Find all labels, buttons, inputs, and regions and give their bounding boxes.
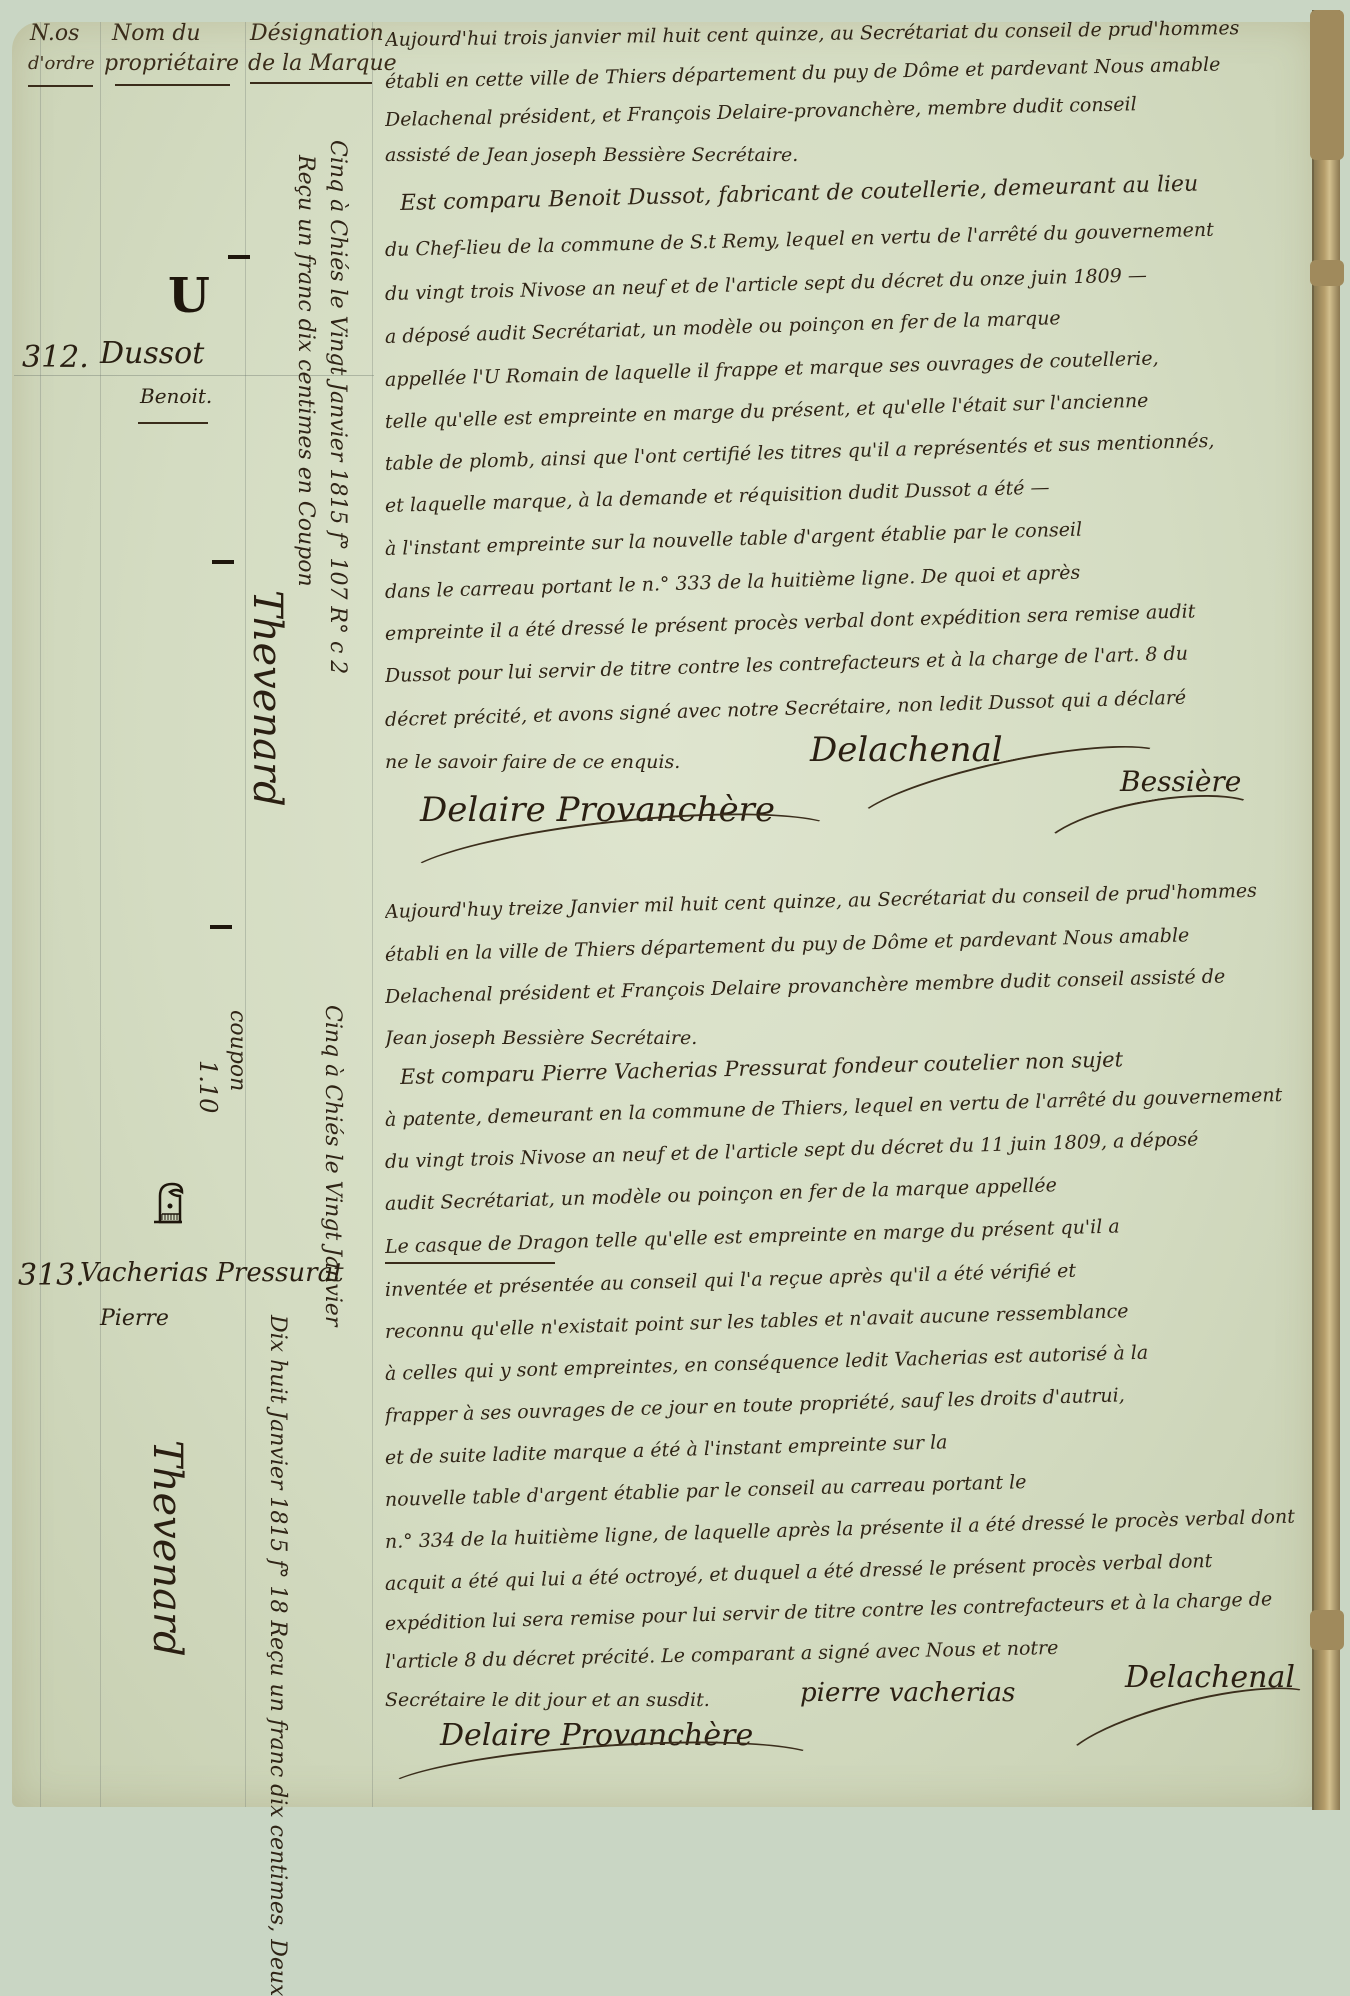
margin-dash — [228, 255, 250, 259]
column-rule — [100, 22, 101, 1807]
owner-first-name: Pierre — [100, 1306, 169, 1331]
owner-surname: Vacherias Pressurat — [80, 1258, 344, 1288]
margin-signature: Thevenard — [144, 1440, 190, 1657]
header-owner-line1: Nom du — [112, 20, 201, 48]
margin-dash — [212, 560, 234, 564]
text-line: Secrétaire le dit jour et an susdit. — [385, 1688, 805, 1712]
margin-note-payment: Dix huit Janvier 1815 f° 18 Reçu un fran… — [265, 1315, 290, 1818]
entry-divider — [14, 375, 374, 376]
owner-first-name: Benoit. — [140, 384, 212, 408]
margin-fee: 1.10 — [194, 1060, 222, 1113]
header-owner-line2: propriétaire — [104, 50, 239, 78]
margin-note-coupon: coupon — [225, 1010, 250, 1091]
margin-dash — [210, 925, 232, 929]
text-line: assisté de Jean joseph Bessière Secrétai… — [385, 143, 1305, 167]
header-number-line1: N.os — [30, 20, 79, 48]
column-rule — [245, 22, 246, 1807]
header-mark-line1: Désignation — [250, 20, 384, 48]
signature-depositor: pierre vacherias — [800, 1678, 1015, 1708]
header-underline — [250, 82, 372, 84]
entry-number: 313. — [18, 1258, 85, 1293]
name-underline — [138, 422, 208, 424]
header-number-line2: d'ordre — [28, 50, 95, 78]
column-rule — [372, 22, 373, 1807]
mark-name-underline — [385, 1262, 555, 1264]
binding-thread — [1312, 10, 1340, 1810]
header-mark-line2: de la Marque — [248, 50, 397, 78]
margin-note-payment: Reçu un franc dix centimes en Coupon — [293, 155, 318, 587]
column-rule — [40, 22, 41, 1807]
helmet-mark-icon — [152, 1182, 186, 1226]
header-underline — [28, 85, 93, 87]
owner-surname: Dussot — [100, 336, 204, 371]
signature-president: Delachenal — [810, 730, 1003, 770]
entry-number: 312. — [22, 340, 89, 375]
header-underline — [115, 84, 230, 86]
margin-signature: Thevenard — [244, 590, 290, 807]
margin-note-receipt: Cinq à Chiés le Vingt Janvier 1815 f° 10… — [325, 140, 350, 674]
text-line: ne le savoir faire de ce enquis. — [385, 750, 785, 774]
signature-secretary: Bessière — [1120, 765, 1241, 798]
mark-u-symbol: U — [168, 268, 210, 324]
